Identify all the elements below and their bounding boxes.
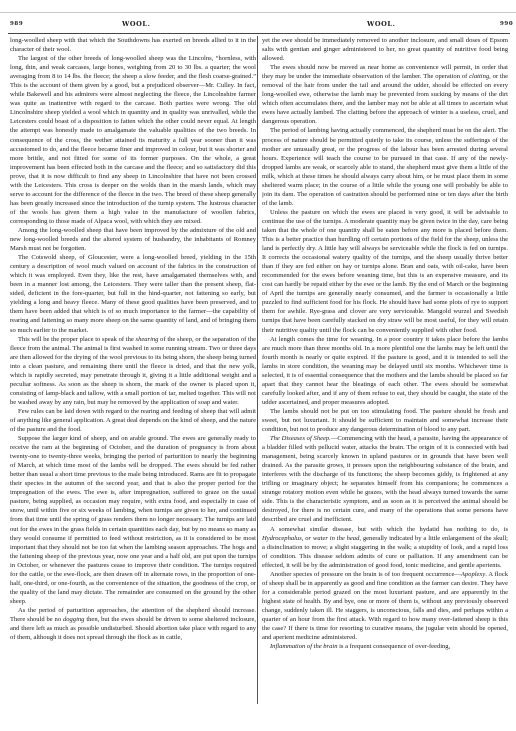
page-top-edge	[0, 12, 516, 13]
paragraph: yet the ewe should be immediately remove…	[262, 36, 508, 63]
paragraph: Suppose the larger kind of sheep, and on…	[10, 434, 256, 606]
left-running-title: WOOL.	[122, 20, 150, 28]
column-divider	[257, 36, 258, 704]
paragraph: The period of lambing having actually co…	[262, 126, 508, 207]
right-running-title: WOOL.	[367, 20, 395, 28]
left-page-number: 989	[10, 21, 23, 27]
header-rule	[8, 33, 510, 34]
paragraph: At length comes the time for weaning. In…	[262, 335, 508, 407]
paragraph: Few rules can be laid down with regard t…	[10, 407, 256, 434]
paragraph: Among the long-woolled sheep that have b…	[10, 226, 256, 253]
running-header: 989 WOOL. WOOL. 990	[0, 18, 516, 32]
paragraph: The largest of the other breeds of long-…	[10, 54, 256, 226]
section-heading-paragraph: The Diseases of Sheep.—Commencing with t…	[262, 434, 508, 524]
paragraph: The lambs should not be put on too stimu…	[262, 407, 508, 434]
paragraph: A somewhat similar disease, but with whi…	[262, 525, 508, 570]
paragraph: long-woolled sheep with that which the S…	[10, 36, 256, 54]
left-column: long-woolled sheep with that which the S…	[10, 36, 256, 726]
paragraph: The Cotswold sheep, of Gloucester, were …	[10, 253, 256, 334]
right-page-number: 990	[500, 21, 513, 27]
paragraph: Inflammation of the brain is a frequent …	[262, 642, 508, 651]
right-column: yet the ewe should be immediately remove…	[262, 36, 508, 726]
paragraph: This will be the proper place to speak o…	[10, 335, 256, 407]
paragraph: Another species of pressure on the brain…	[262, 570, 508, 642]
paragraph: The ewes should now be moved as near hom…	[262, 63, 508, 126]
paragraph: As the period of parturition approaches,…	[10, 606, 256, 642]
paragraph: Unless the pasture on which the ewes are…	[262, 208, 508, 335]
